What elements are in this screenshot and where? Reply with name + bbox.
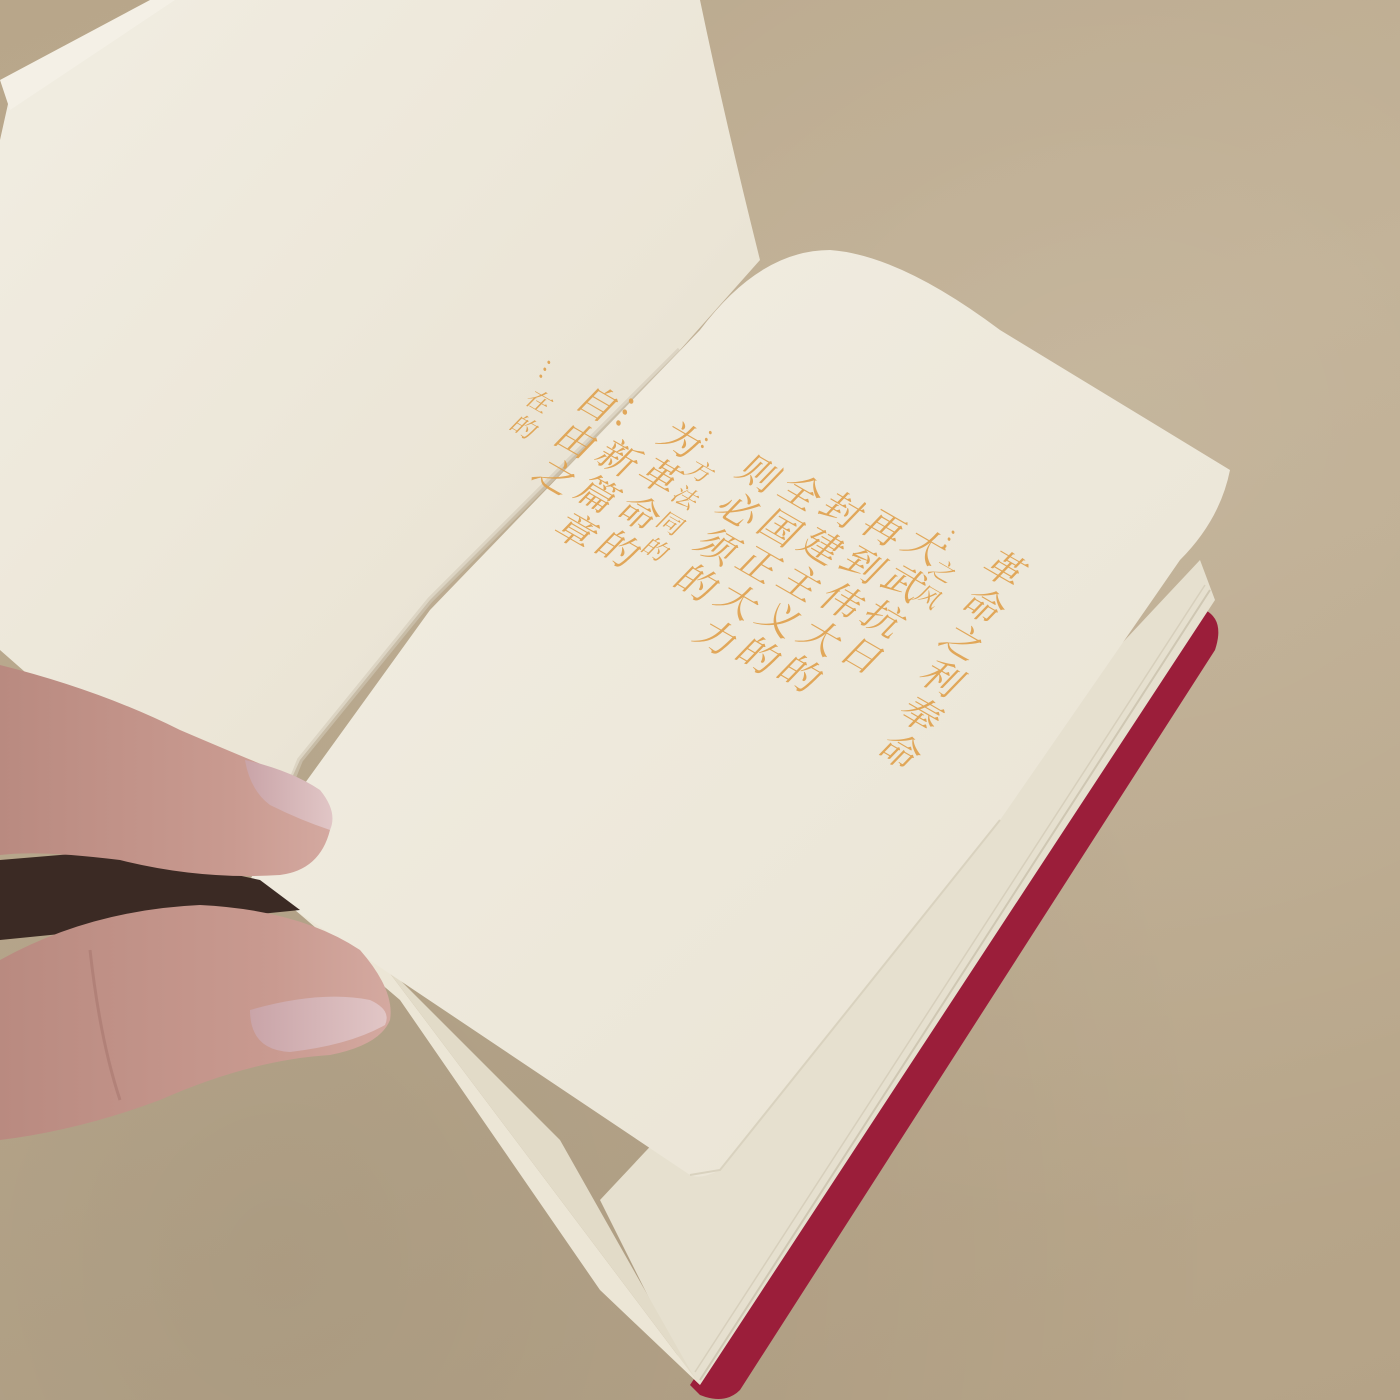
- book-and-hand: [0, 0, 1400, 1400]
- photo-scene: 革命之利奉命 …之风 大武抗日 再到伟大的 封建主义的 全国正大力 则必须的 ……: [0, 0, 1400, 1400]
